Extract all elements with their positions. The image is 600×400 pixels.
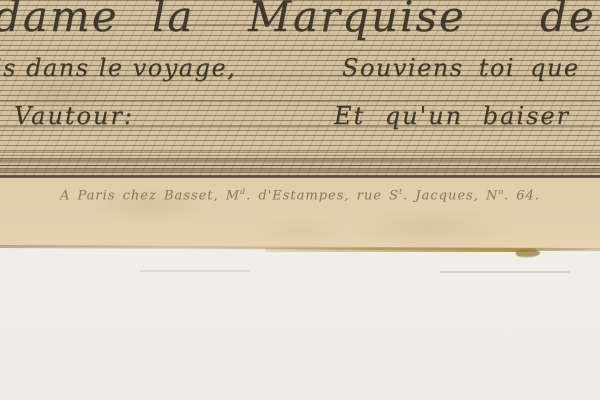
script-word-la: la xyxy=(152,0,194,41)
print-paper: dame la Marquise de is dans le voyage, S… xyxy=(0,0,600,252)
script-line-2-left: is dans le voyage, xyxy=(0,54,236,82)
photo-of-antique-print: dame la Marquise de is dans le voyage, S… xyxy=(0,0,600,400)
script-line-3-right: Et qu'un baiser xyxy=(334,102,570,130)
backing-speckle xyxy=(140,270,250,272)
script-line-1: dame la Marquise de xyxy=(0,0,600,52)
imprint-text: . d'Estampes, rue S xyxy=(246,188,399,203)
script-word-dame: dame xyxy=(0,0,119,41)
paper-edge-discoloration xyxy=(265,248,537,252)
imprint-text: A Paris chez Basset, M xyxy=(60,188,240,203)
backing-speckle xyxy=(440,271,570,273)
script-line-2-right: Souviens toi que xyxy=(342,54,580,82)
script-word-marquise: Marquise xyxy=(248,0,466,41)
script-line-3: Vautour: Et qu'un baiser xyxy=(0,102,600,162)
script-line-3-left: Vautour: xyxy=(14,102,134,130)
script-word-de: de xyxy=(540,0,596,41)
imprint-text: . Jacques, N xyxy=(403,188,498,203)
imprint-text: . 64. xyxy=(504,188,540,203)
paper-edge-dark-spot xyxy=(516,249,540,257)
publisher-imprint: A Paris chez Basset, Md. d'Estampes, rue… xyxy=(0,187,600,203)
